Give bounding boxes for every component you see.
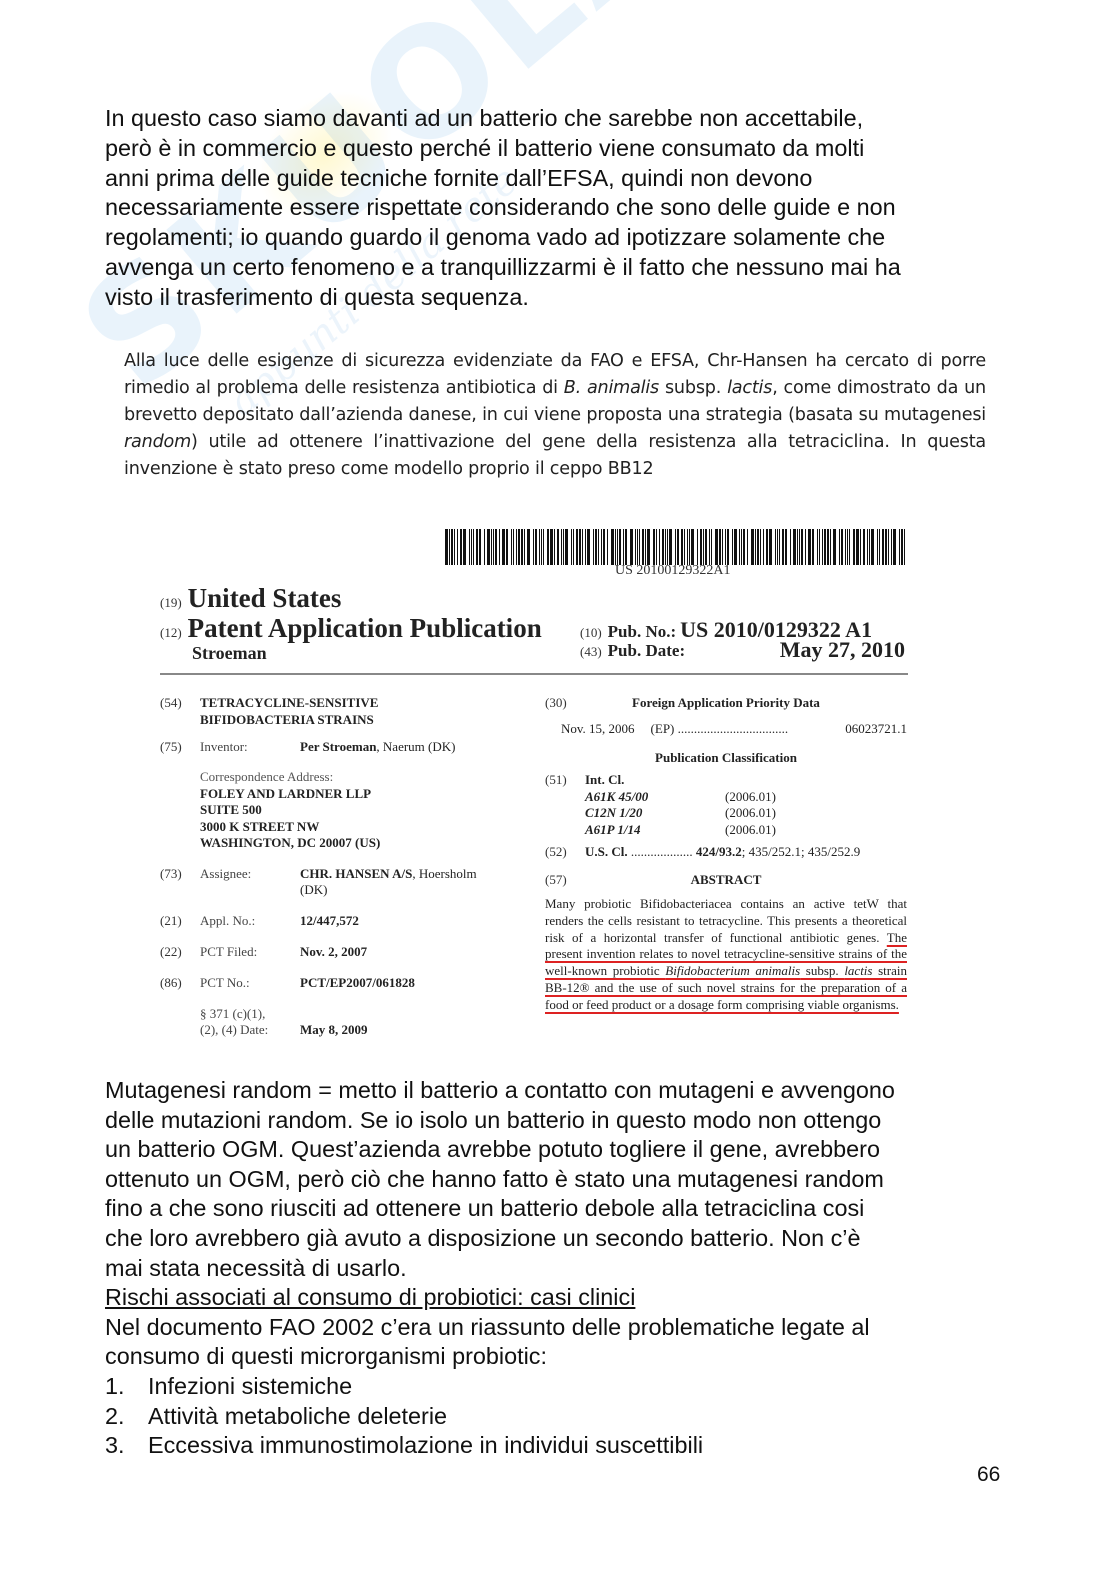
- barcode-bar: [747, 529, 748, 565]
- barcode-bar: [741, 529, 742, 565]
- barcode-bar: [653, 529, 655, 565]
- barcode-bar: [801, 529, 803, 565]
- barcode-bar: [812, 529, 814, 565]
- barcode-bar: [457, 529, 458, 565]
- barcode-bar: [565, 529, 568, 565]
- patent-image: US 20100129322A1 (19)United States (12)P…: [155, 525, 915, 1055]
- barcode-bar: [587, 529, 590, 565]
- barcode-bar: [830, 529, 831, 565]
- barcode-bar: [635, 529, 636, 565]
- barcode-bar: [476, 529, 478, 565]
- intcl-class: A61K 45/00: [585, 789, 725, 806]
- barcode-bar: [675, 529, 676, 565]
- quoted-excerpt: Alla luce delle esigenze di sicurezza ev…: [124, 348, 986, 483]
- field-value: May 8, 2009: [300, 1022, 368, 1039]
- barcode-bar: [495, 529, 497, 565]
- barcode-bar: [700, 529, 702, 565]
- list-number: 2.: [105, 1402, 148, 1432]
- section-heading: Publication Classification: [545, 750, 907, 767]
- barcode-bar: [630, 529, 633, 565]
- barcode-bar: [576, 529, 578, 565]
- barcode-bar: [732, 529, 733, 565]
- barcode-bar: [451, 529, 453, 565]
- correspondence-label: Correspondence Address:: [200, 769, 515, 786]
- assignee-place: , Hoersholm: [412, 866, 476, 881]
- barcode: [445, 529, 907, 565]
- barcode-bar: [601, 529, 602, 565]
- barcode-bar: [705, 529, 707, 565]
- abstract-plain: Many probiotic Bifidobacteriacea contain…: [545, 896, 907, 945]
- barcode-bar: [833, 529, 836, 565]
- code-label: (51): [545, 772, 567, 789]
- barcode-bar: [513, 529, 514, 565]
- barcode-bar: [689, 529, 690, 565]
- text-line: avvenga un certo fenomeno e a tranquilli…: [105, 253, 1005, 283]
- barcode-bar: [541, 529, 542, 565]
- barcode-bar: [867, 529, 868, 565]
- barcode-bar: [863, 529, 865, 565]
- barcode-bar: [593, 529, 594, 565]
- foreign-office-leader: (EP) ..................................: [651, 721, 846, 738]
- foreign-title-row: (30) Foreign Application Priority Data: [545, 695, 907, 711]
- barcode-bar: [471, 529, 472, 565]
- quote-text: subsp.: [659, 378, 727, 398]
- barcode-bar: [871, 529, 874, 565]
- barcode-bar: [819, 529, 820, 565]
- barcode-bar: [625, 529, 627, 565]
- barcode-bar: [882, 529, 884, 565]
- inventor-place: , Naerum (DK): [376, 739, 455, 754]
- list-text: Eccessiva immunostimolazione in individu…: [148, 1431, 703, 1461]
- barcode-bar: [557, 529, 559, 565]
- uscl-row: (52) U.S. Cl. ................... 424/93…: [545, 844, 907, 860]
- intcl-class: A61P 1/14: [585, 822, 725, 839]
- page-number: 66: [977, 1463, 1000, 1487]
- text-line: consumo di questi microrganismi probioti…: [105, 1342, 1010, 1372]
- code-label: (10): [580, 625, 602, 640]
- barcode-bar: [785, 529, 787, 565]
- title-line: TETRACYCLINE-SENSITIVE: [200, 695, 515, 712]
- title-line: BIFIDOBACTERIA STRAINS: [200, 712, 515, 729]
- list-item: 3.Eccessiva immunostimolazione in indivi…: [105, 1431, 1010, 1461]
- barcode-bar: [743, 529, 745, 565]
- barcode-bar: [763, 529, 764, 565]
- barcode-bar: [611, 529, 614, 565]
- barcode-bar: [681, 529, 683, 565]
- barcode-bar: [739, 529, 740, 565]
- list-text: Attività metaboliche deleterie: [148, 1402, 447, 1432]
- field-label: § 371 (c)(1),(2), (4) Date:: [200, 1006, 268, 1038]
- foreign-office: (EP): [651, 721, 675, 736]
- inventor-row: (75) Inventor: Per Stroeman, Naerum (DK): [160, 739, 515, 755]
- barcode-bar: [639, 529, 640, 565]
- code-label: (52): [545, 844, 567, 861]
- s371-row: § 371 (c)(1),(2), (4) Date: May 8, 2009: [160, 1006, 515, 1039]
- s371-label: § 371 (c)(1),: [200, 1006, 265, 1021]
- field-label: Appl. No.:: [200, 913, 255, 930]
- barcode-bar: [725, 529, 726, 565]
- barcode-bar: [669, 529, 672, 565]
- barcode-bar: [885, 529, 887, 565]
- intcl-item: A61K 45/00(2006.01): [585, 789, 907, 806]
- text-line: ottenuto un OGM, però ciò che hanno fatt…: [105, 1165, 1010, 1195]
- barcode-bar: [869, 529, 870, 565]
- uscl-label: U.S. Cl.: [585, 844, 628, 859]
- code-label: (73): [160, 866, 182, 883]
- text-line: che loro avrebbero già avuto a disposizi…: [105, 1224, 1010, 1254]
- barcode-bar: [797, 529, 798, 565]
- barcode-bar: [535, 529, 537, 565]
- list-text: Infezioni sistemiche: [148, 1372, 352, 1402]
- text-line: visto il trasferimento di questa sequenz…: [105, 283, 1005, 313]
- text-line: fino a che sono riusciti ad ottenere un …: [105, 1194, 1010, 1224]
- barcode-bar: [603, 529, 605, 565]
- s371-label: (2), (4) Date:: [200, 1022, 268, 1037]
- barcode-bar: [888, 529, 889, 565]
- abstract-title-row: (57) ABSTRACT: [545, 872, 907, 888]
- body-section: Mutagenesi random = metto il batterio a …: [105, 1076, 1010, 1461]
- address-line: 3000 K STREET NW: [200, 819, 515, 836]
- barcode-bar: [579, 529, 581, 565]
- field-label: PCT No.:: [200, 975, 250, 992]
- barcode-bar: [779, 529, 780, 565]
- country-name: United States: [188, 583, 342, 613]
- barcode-bar: [839, 529, 840, 565]
- barcode-bar: [617, 529, 618, 565]
- field-label: Inventor:: [200, 739, 248, 756]
- barcode-bar: [619, 529, 621, 565]
- barcode-bar: [841, 529, 843, 565]
- barcode-bar: [790, 529, 791, 565]
- barcode-bar: [573, 529, 574, 565]
- barcode-bar: [454, 529, 455, 565]
- barcode-bar: [487, 529, 490, 565]
- intcl-version: (2006.01): [725, 805, 776, 822]
- barcode-bar: [805, 529, 806, 565]
- barcode-bar: [827, 529, 829, 565]
- uscl-value: U.S. Cl. ................... 424/93.2; 4…: [585, 844, 860, 861]
- code-label: (22): [160, 944, 182, 961]
- barcode-bar: [703, 529, 704, 565]
- list-number: 3.: [105, 1431, 148, 1461]
- barcode-bar: [901, 529, 903, 565]
- barcode-bar: [877, 529, 878, 565]
- intcl-item: C12N 1/20(2006.01): [585, 805, 907, 822]
- barcode-bar: [493, 529, 494, 565]
- risk-list: 1.Infezioni sistemiche 2.Attività metabo…: [105, 1372, 1010, 1461]
- code-label: (54): [160, 695, 182, 712]
- barcode-bar: [524, 529, 525, 565]
- barcode-bar: [751, 529, 754, 565]
- text-line: In questo caso siamo davanti ad un batte…: [105, 104, 1005, 134]
- intcl-item: A61P 1/14(2006.01): [585, 822, 907, 839]
- text-line: Nel documento FAO 2002 c’era un riassunt…: [105, 1313, 1010, 1343]
- barcode-bar: [891, 529, 892, 565]
- abstract-species: Bifidobacterium animalis: [665, 963, 800, 978]
- barcode-bar: [722, 529, 723, 565]
- barcode-bar: [645, 529, 646, 565]
- barcode-bar: [824, 529, 826, 565]
- intcl-version: (2006.01): [725, 822, 776, 839]
- barcode-bar: [719, 529, 721, 565]
- field-value: 12/447,572: [300, 913, 359, 930]
- header-divider: [160, 673, 908, 675]
- title-row: (54) TETRACYCLINE-SENSITIVE BIFIDOBACTER…: [160, 695, 515, 728]
- barcode-bar: [550, 529, 553, 565]
- code-label: (43): [580, 644, 602, 659]
- patent-inventor-surname: Stroeman: [192, 643, 267, 664]
- assignee-value: CHR. HANSEN A/S, Hoersholm(DK): [300, 866, 477, 899]
- barcode-bar: [582, 529, 583, 565]
- barcode-bar: [659, 529, 660, 565]
- pub-date-value: May 27, 2010: [780, 637, 905, 663]
- barcode-bar: [516, 529, 517, 565]
- code-label: (57): [545, 872, 567, 889]
- barcode-bar: [527, 529, 530, 565]
- barcode-bar: [642, 529, 644, 565]
- quote-text: ) utile ad ottenere l’inattivazione del …: [124, 432, 986, 479]
- barcode-bar: [793, 529, 796, 565]
- pub-date-label: Pub. Date:: [608, 641, 685, 660]
- barcode-bar: [554, 529, 555, 565]
- barcode-bar: [697, 529, 698, 565]
- barcode-bar: [463, 529, 466, 565]
- barcode-bar: [711, 529, 712, 565]
- barcode-bar: [853, 529, 855, 565]
- barcode-bar: [687, 529, 688, 565]
- abstract-subspecies: lactis: [844, 963, 872, 978]
- barcode-bar: [757, 529, 759, 565]
- barcode-bar: [879, 529, 880, 565]
- code-label: (12): [160, 625, 182, 640]
- barcode-bar: [727, 529, 729, 565]
- barcode-bar: [499, 529, 500, 565]
- barcode-bar: [817, 529, 818, 565]
- barcode-bar: [769, 529, 772, 565]
- field-label: Assignee:: [200, 866, 251, 883]
- pub-date: (43)Pub. Date:May 27, 2010: [580, 641, 905, 661]
- list-number: 1.: [105, 1372, 148, 1402]
- barcode-bar: [607, 529, 608, 565]
- code-label: (19): [160, 595, 182, 610]
- text-line: mai stata necessità di usarlo.: [105, 1254, 1010, 1284]
- barcode-bar: [893, 529, 896, 565]
- intcl-label: Int. Cl.: [585, 772, 907, 789]
- barcode-bar: [662, 529, 664, 565]
- inventor-name: Per Stroeman: [300, 739, 376, 754]
- barcode-bar: [691, 529, 694, 565]
- barcode-bar: [460, 529, 462, 565]
- barcode-bar: [571, 529, 572, 565]
- barcode-bar: [775, 529, 776, 565]
- barcode-bar: [822, 529, 823, 565]
- barcode-bar: [473, 529, 474, 565]
- patent-country: (19)United States: [160, 583, 341, 614]
- barcode-bar: [637, 529, 638, 565]
- barcode-bar: [543, 529, 544, 565]
- text-line: un batterio OGM. Quest’azienda avrebbe p…: [105, 1135, 1010, 1165]
- barcode-bar: [502, 529, 505, 565]
- barcode-bar: [598, 529, 599, 565]
- barcode-bar: [469, 529, 470, 565]
- barcode-bar: [585, 529, 586, 565]
- barcode-bar: [518, 529, 520, 565]
- field-value: Nov. 2, 2007: [300, 944, 367, 961]
- patent-type: (12)Patent Application Publication: [160, 613, 542, 644]
- code-label: (75): [160, 739, 182, 756]
- assignee-name: CHR. HANSEN A/S: [300, 866, 412, 881]
- barcode-bar: [561, 529, 562, 565]
- assignee-row: (73) Assignee: CHR. HANSEN A/S, Hoershol…: [160, 866, 515, 899]
- intcl-version: (2006.01): [725, 789, 776, 806]
- pct-filed-row: (22) PCT Filed: Nov. 2, 2007: [160, 944, 515, 960]
- barcode-bar: [533, 529, 534, 565]
- barcode-bar: [904, 529, 905, 565]
- uscl-rest: ; 435/252.1; 435/252.9: [742, 844, 860, 859]
- barcode-bar: [849, 529, 850, 565]
- barcode-bar: [479, 529, 481, 565]
- field-value: PCT/EP2007/061828: [300, 975, 415, 992]
- barcode-bar: [506, 529, 508, 565]
- quote-random: random: [124, 432, 191, 452]
- barcode-bar: [521, 529, 523, 565]
- barcode-bar: [899, 529, 900, 565]
- barcode-bar: [755, 529, 756, 565]
- barcode-number: US 20100129322A1: [615, 563, 731, 579]
- code-label: (30): [545, 695, 567, 712]
- dot-leader: ..................................: [678, 721, 789, 736]
- intcl-list: Int. Cl. A61K 45/00(2006.01) C12N 1/20(2…: [585, 772, 907, 838]
- abstract-highlight-text: subsp.: [800, 963, 844, 978]
- foreign-date: Nov. 15, 2006: [561, 721, 635, 738]
- barcode-bar: [766, 529, 768, 565]
- quote-subspecies: lactis: [727, 378, 772, 398]
- pct-no-row: (86) PCT No.: PCT/EP2007/061828: [160, 975, 515, 991]
- barcode-bar: [709, 529, 710, 565]
- address-line: FOLEY AND LARDNER LLP: [200, 786, 515, 803]
- barcode-bar: [684, 529, 685, 565]
- intcl-block: (51) Int. Cl. A61K 45/00(2006.01) C12N 1…: [545, 772, 907, 838]
- barcode-bar: [623, 529, 624, 565]
- barcode-bar: [491, 529, 492, 565]
- correspondence-block: Correspondence Address: FOLEY AND LARDNE…: [200, 769, 515, 852]
- text-line: necessariamente essere rispettate consid…: [105, 193, 1005, 223]
- uscl-main: 424/93.2: [696, 844, 742, 859]
- barcode-bar: [677, 529, 679, 565]
- barcode-bar: [445, 529, 448, 565]
- list-item: 2.Attività metaboliche deleterie: [105, 1402, 1010, 1432]
- field-label: PCT Filed:: [200, 944, 257, 961]
- foreign-number: 06023721.1: [845, 721, 907, 738]
- foreign-data-row: Nov. 15, 2006 (EP) .....................…: [561, 721, 907, 738]
- address-line: SUITE 500: [200, 802, 515, 819]
- barcode-bar: [547, 529, 549, 565]
- abstract-text: Many probiotic Bifidobacteriacea contain…: [545, 896, 907, 1014]
- barcode-bar: [615, 529, 616, 565]
- barcode-bar: [847, 529, 848, 565]
- text-line: delle mutazioni random. Se io isolo un b…: [105, 1106, 1010, 1136]
- barcode-bar: [734, 529, 737, 565]
- barcode-bar: [595, 529, 597, 565]
- barcode-bar: [511, 529, 512, 565]
- code-label: (21): [160, 913, 182, 930]
- appl-row: (21) Appl. No.: 12/447,572: [160, 913, 515, 929]
- code-label: (86): [160, 975, 182, 992]
- section-heading: Rischi associati al consumo di probiotic…: [105, 1283, 1010, 1313]
- barcode-bar: [449, 529, 450, 565]
- section-heading: ABSTRACT: [545, 872, 907, 889]
- barcode-bar: [782, 529, 784, 565]
- barcode-bar: [808, 529, 811, 565]
- list-item: 1.Infezioni sistemiche: [105, 1372, 1010, 1402]
- barcode-bar: [647, 529, 650, 565]
- type-name: Patent Application Publication: [188, 613, 542, 643]
- quote-species: B. animalis: [564, 378, 659, 398]
- section-heading: Foreign Application Priority Data: [545, 695, 907, 712]
- barcode-bar: [760, 529, 761, 565]
- barcode-bar: [715, 529, 718, 565]
- barcode-bar: [856, 529, 859, 565]
- barcode-bar: [665, 529, 666, 565]
- assignee-country: (DK): [300, 882, 327, 897]
- patent-left-column: (54) TETRACYCLINE-SENSITIVE BIFIDOBACTER…: [160, 695, 515, 1050]
- barcode-bar: [845, 529, 846, 565]
- text-line: regolamenti; io quando guardo il genoma …: [105, 223, 1005, 253]
- barcode-bar: [860, 529, 861, 565]
- intcl-class: C12N 1/20: [585, 805, 725, 822]
- dot-leader: ...................: [631, 844, 693, 859]
- pub-no-label: Pub. No.:: [608, 622, 676, 641]
- address-line: WASHINGTON, DC 20007 (US): [200, 835, 515, 852]
- barcode-bar: [563, 529, 564, 565]
- text-line: anni prima delle guide tecniche fornite …: [105, 164, 1005, 194]
- intro-paragraph: In questo caso siamo davanti ad un batte…: [105, 104, 1005, 313]
- barcode-bar: [777, 529, 778, 565]
- patent-right-column: (30) Foreign Application Priority Data N…: [545, 695, 907, 1014]
- text-line: Mutagenesi random = metto il batterio a …: [105, 1076, 1010, 1106]
- barcode-bar: [799, 529, 800, 565]
- barcode-bar: [656, 529, 657, 565]
- barcode-bar: [484, 529, 485, 565]
- text-line: però è in commercio e questo perché il b…: [105, 134, 1005, 164]
- barcode-bar: [667, 529, 668, 565]
- barcode-bar: [539, 529, 540, 565]
- inventor-value: Per Stroeman, Naerum (DK): [300, 739, 455, 756]
